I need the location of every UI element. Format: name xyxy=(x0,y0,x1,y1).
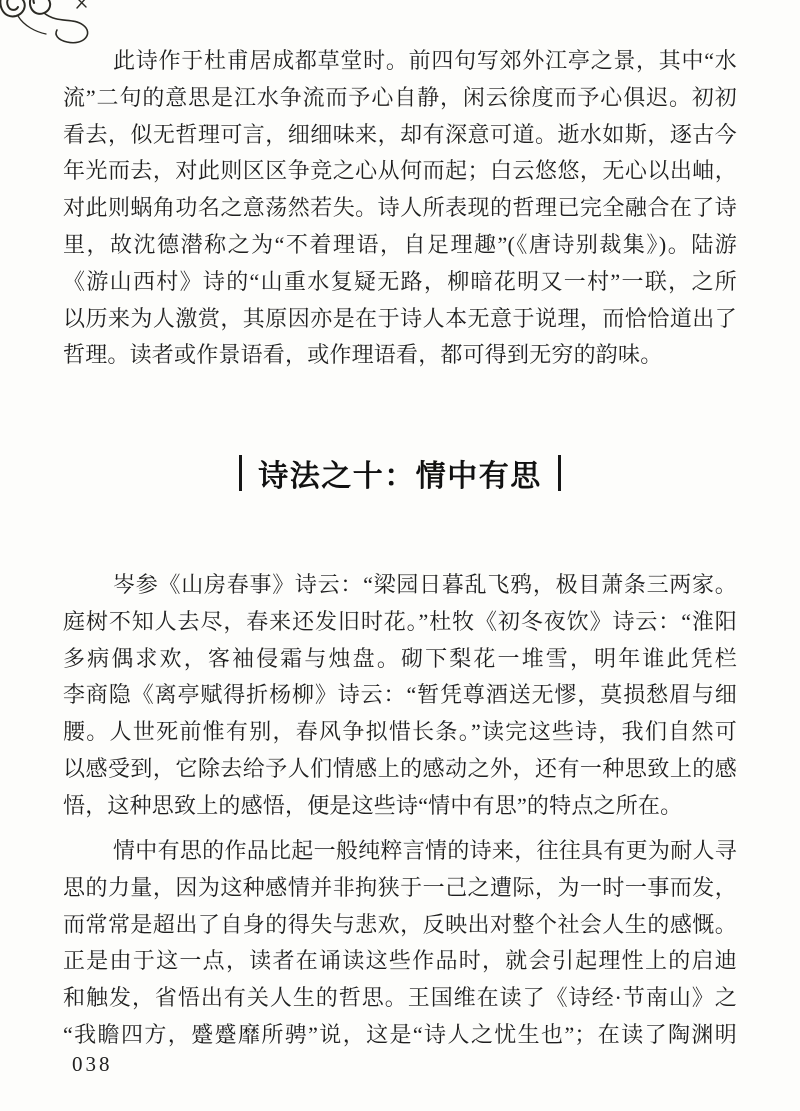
text-line: 流”二句的意思是江水争流而予心自静，闲云徐度而予心俱迟。初初 xyxy=(63,80,737,117)
text-line: 多病偶求欢，客袖侵霜与烛盘。砌下梨花一堆雪，明年谁此凭栏干？” xyxy=(63,641,737,678)
book-page: 此诗作于杜甫居成都草堂时。前四句写郊外江亭之景，其中“水 流”二句的意思是江水争… xyxy=(0,0,800,1111)
text-line: 思的力量，因为这种感情并非拘狭于一己之遭际，为一时一事而发， xyxy=(63,870,737,907)
text-line: 而常常是超出了自身的得失与悲欢，反映出对整个社会人生的感慨。 xyxy=(63,907,737,944)
text-line: 悟，这种思致上的感悟，便是这些诗“情中有思”的特点之所在。 xyxy=(63,788,737,825)
text-line: 看去，似无哲理可言，细细味来，却有深意可道。逝水如斯，逐古今 xyxy=(63,117,737,154)
text-line: 李商隐《离亭赋得折杨柳》诗云：“暂凭尊酒送无憀，莫损愁眉与细 xyxy=(63,677,737,714)
text-line: “我瞻四方，蹙蹙靡所骋”说，这是“诗人之忧生也”；在读了陶渊明 xyxy=(63,1017,737,1054)
text-line: 情中有思的作品比起一般纯粹言情的诗来，往往具有更为耐人寻 xyxy=(63,833,737,870)
text-line: 对此则蜗角功名之意荡然若失。诗人所表现的哲理已完全融合在了诗 xyxy=(63,190,737,227)
text-line: 年光而去，对此则区区争竞之心从何而起；白云悠悠，无心以出岫， xyxy=(63,153,737,190)
heading-right-bar xyxy=(558,455,561,491)
paragraph-poem-examples: 岑参《山房春事》诗云：“梁园日暮乱飞鸦，极目萧条三两家。 庭树不知人去尽，春来还… xyxy=(63,567,737,825)
text-line: 庭树不知人去尽，春来还发旧时花。”杜牧《初冬夜饮》诗云：“淮阳 xyxy=(63,604,737,641)
paragraph-discussion: 情中有思的作品比起一般纯粹言情的诗来，往往具有更为耐人寻 思的力量，因为这种感情… xyxy=(63,833,737,1054)
text-line: 正是由于这一点，读者在诵读这些作品时，就会引起理性上的启迪 xyxy=(63,943,737,980)
paragraph-dufu-analysis: 此诗作于杜甫居成都草堂时。前四句写郊外江亭之景，其中“水 流”二句的意思是江水争… xyxy=(63,43,737,374)
section-heading: 诗法之十：情中有思 xyxy=(0,450,800,496)
text-line: 和触发，省悟出有关人生的哲思。王国维在读了《诗经·节南山》之 xyxy=(63,980,737,1017)
text-line: 哲理。读者或作景语看，或作理语看，都可得到无穷的韵味。 xyxy=(63,337,737,374)
text-line: 以感受到，它除去给予人们情感上的感动之外，还有一种思致上的感 xyxy=(63,751,737,788)
heading-left-bar xyxy=(239,455,242,491)
text-line: 腰。人世死前惟有别，春风争拟惜长条。”读完这些诗，我们自然可 xyxy=(63,714,737,751)
page-number: 038 xyxy=(72,1052,113,1077)
text-line: 以历来为人激赏，其原因亦是在于诗人本无意于说理，而恰恰道出了 xyxy=(63,301,737,338)
text-line: 此诗作于杜甫居成都草堂时。前四句写郊外江亭之景，其中“水 xyxy=(63,43,737,80)
text-line: 《游山西村》诗的“山重水复疑无路，柳暗花明又一村”一联，之所 xyxy=(63,264,737,301)
section-heading-text: 诗法之十：情中有思 xyxy=(258,451,542,495)
text-line: 岑参《山房春事》诗云：“梁园日暮乱飞鸦，极目萧条三两家。 xyxy=(63,567,737,604)
text-line: 里，故沈德潜称之为“不着理语，自足理趣”(《唐诗别裁集》)。陆游 xyxy=(63,227,737,264)
